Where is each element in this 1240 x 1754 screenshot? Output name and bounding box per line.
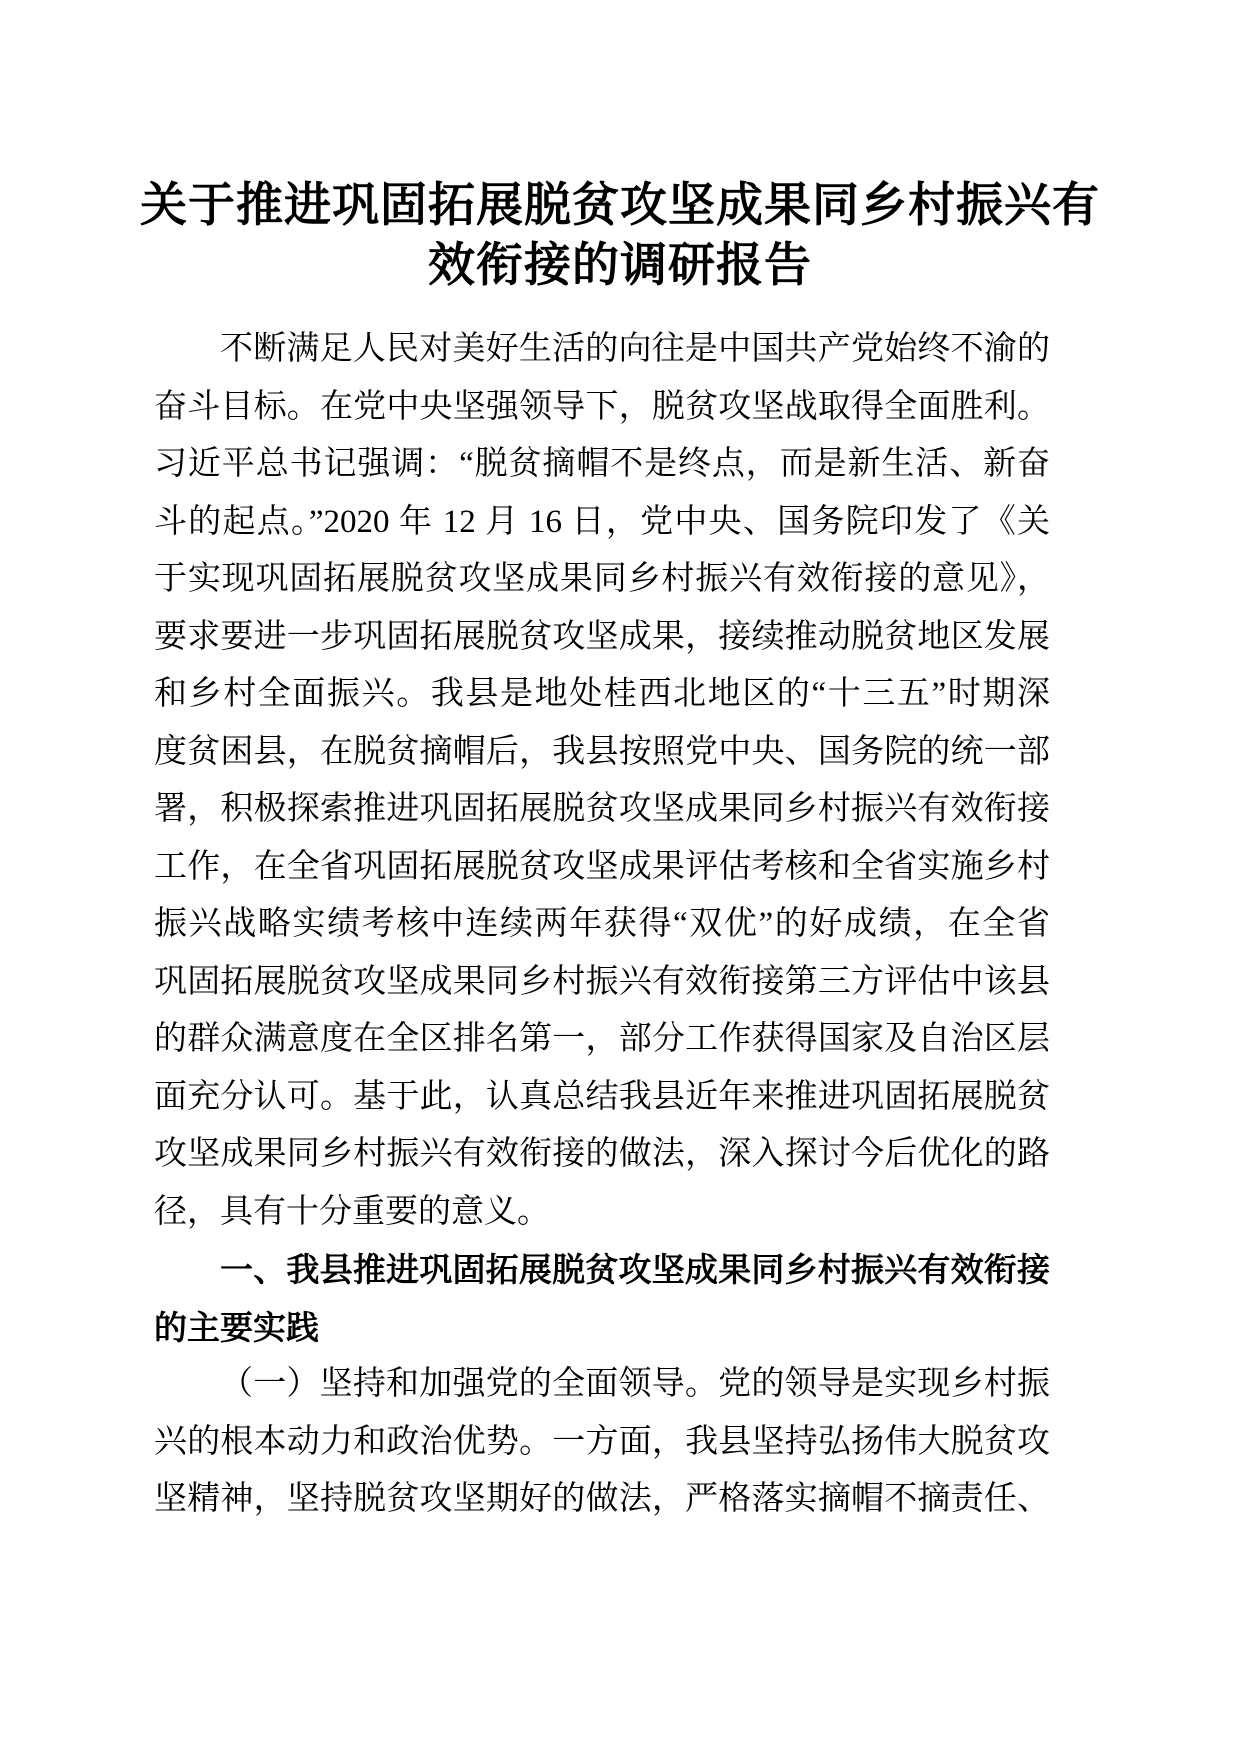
document-title-line: 效衔接的调研报告 <box>70 236 1170 296</box>
body-text-line: 工作，在全省巩固拓展脱贫攻坚成果评估考核和全省实施乡村 <box>154 839 1050 897</box>
document-page: 关于推进巩固拓展脱贫攻坚成果同乡村振兴有 效衔接的调研报告 不断满足人民对美好生… <box>0 0 1240 1754</box>
body-text-line: 攻坚成果同乡村振兴有效衔接的做法，深入探讨今后优化的路 <box>154 1126 1050 1184</box>
body-text-line: 振兴战略实绩考核中连续两年获得“双优”的好成绩，在全省 <box>154 896 1050 954</box>
body-text-line: 要求要进一步巩固拓展脱贫攻坚成果，接续推动脱贫地区发展 <box>154 609 1050 667</box>
body-text-line: 面充分认可。基于此，认真总结我县近年来推进巩固拓展脱贫 <box>154 1069 1050 1127</box>
body-text-line: 斗的起点。”2020 年 12 月 16 日，党中央、国务院印发了《关 <box>154 494 1050 552</box>
document-title: 关于推进巩固拓展脱贫攻坚成果同乡村振兴有 效衔接的调研报告 <box>70 176 1170 296</box>
body-text-line: 署，积极探索推进巩固拓展脱贫攻坚成果同乡村振兴有效衔接 <box>154 781 1050 839</box>
body-text-line: 和乡村全面振兴。我县是地处桂西北地区的“十三五”时期深 <box>154 666 1050 724</box>
body-text-line: 于实现巩固拓展脱贫攻坚成果同乡村振兴有效衔接的意见》， <box>154 551 1050 609</box>
document-title-line: 关于推进巩固拓展脱贫攻坚成果同乡村振兴有 <box>70 176 1170 236</box>
body-text-line: 习近平总书记强调：“脱贫摘帽不是终点，而是新生活、新奋 <box>154 436 1050 494</box>
body-text-line: 度贫困县，在脱贫摘帽后，我县按照党中央、国务院的统一部 <box>154 724 1050 782</box>
body-text-line: 奋斗目标。在党中央坚强领导下，脱贫攻坚战取得全面胜利。 <box>154 379 1050 437</box>
body-text-line: 不断满足人民对美好生活的向往是中国共产党始终不渝的 <box>154 321 1050 379</box>
body-text-line: 径，具有十分重要的意义。 <box>154 1184 1050 1242</box>
section-heading-line: 一、我县推进巩固拓展脱贫攻坚成果同乡村振兴有效衔接 <box>154 1241 1050 1299</box>
document-body: 不断满足人民对美好生活的向往是中国共产党始终不渝的奋斗目标。在党中央坚强领导下，… <box>154 321 1050 1529</box>
body-text-line: 坚精神，坚持脱贫攻坚期好的做法，严格落实摘帽不摘责任、 <box>154 1471 1050 1529</box>
body-text-line: （一）坚持和加强党的全面领导。党的领导是实现乡村振 <box>154 1356 1050 1414</box>
section-heading-line: 的主要实践 <box>154 1299 1050 1357</box>
body-text-line: 兴的根本动力和政治优势。一方面，我县坚持弘扬伟大脱贫攻 <box>154 1414 1050 1472</box>
body-text-line: 的群众满意度在全区排名第一，部分工作获得国家及自治区层 <box>154 1011 1050 1069</box>
body-text-line: 巩固拓展脱贫攻坚成果同乡村振兴有效衔接第三方评估中该县 <box>154 954 1050 1012</box>
